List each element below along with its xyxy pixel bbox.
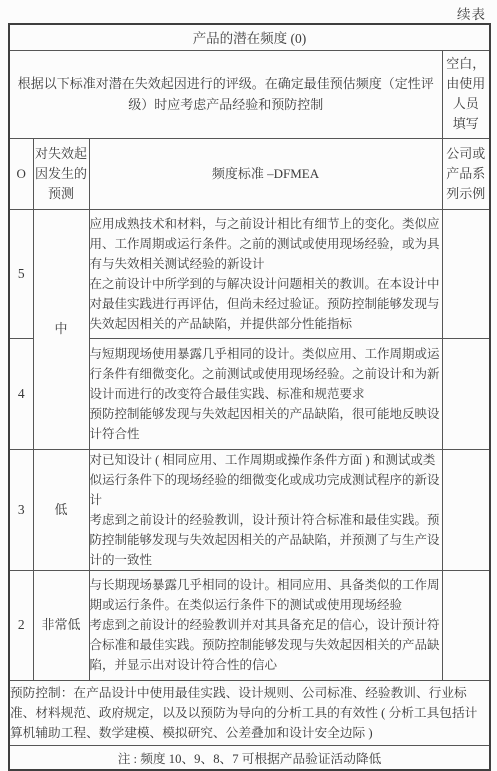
criteria-paragraph: 与长期现场暴露几乎相同的设计。相同应用、具备类似的工作周期或运行条件。在类似运行…: [90, 575, 442, 615]
column-header-criteria: 频度标准 –DFMEA: [89, 138, 442, 209]
table-title: 产品的潜在频度 (0): [9, 24, 490, 50]
criteria-cell: 与长期现场暴露几乎相同的设计。相同应用、具备类似的工作周期或运行条件。在类似运行…: [89, 570, 442, 680]
occurrence-value: 5: [9, 209, 33, 338]
occurrence-value: 2: [9, 570, 33, 680]
example-cell: [442, 570, 490, 680]
prediction-value: 低: [33, 449, 89, 570]
criteria-paragraph: 对已知设计 ( 相同应用、工作周期或操作条件方面 ) 和测试或类似运行条件下的现…: [90, 450, 442, 510]
table-title-row: 产品的潜在频度 (0): [9, 24, 490, 50]
note-row: 注 : 频度 10、9、8、7 可根据产品验证活动降低: [9, 745, 490, 770]
fill-note-line: 填写: [443, 114, 490, 134]
criteria-paragraph: 在之前设计中所学到的与解决设计问题相关的教训。在本设计中对最佳实践进行再评估，但…: [90, 274, 442, 334]
table-description-row: 根据以下标准对潜在失效起因进行的评级。在确定最佳预估频度（定性评级）时应考虑产品…: [9, 50, 490, 138]
rating-description: 根据以下标准对潜在失效起因进行的评级。在确定最佳预估频度（定性评级）时应考虑产品…: [9, 50, 442, 138]
table-row-occurrence-3: 3 低 对已知设计 ( 相同应用、工作周期或操作条件方面 ) 和测试或类似运行条…: [9, 449, 490, 570]
criteria-paragraph: 与短期现场使用暴露几乎相同的设计。类似应用、工作周期或运行条件有细微变化。之前测…: [90, 344, 442, 404]
occurrence-rating-table: 产品的潜在频度 (0) 根据以下标准对潜在失效起因进行的评级。在确定最佳预估频度…: [8, 23, 491, 771]
criteria-paragraph: 考虑到之前设计的经验教训并对其具备充足的信心，设计预计符合标准和最佳实践。预防控…: [90, 615, 442, 675]
criteria-cell: 对已知设计 ( 相同应用、工作周期或操作条件方面 ) 和测试或类似运行条件下的现…: [89, 449, 442, 570]
prediction-value: 非常低: [33, 570, 89, 680]
criteria-paragraph: 应用成熟技术和材料，与之前设计相比有细节上的变化。类似应用、工作周期或运行条件。…: [90, 214, 442, 274]
document-page: 续表 产品的潜在频度 (0) 根据以下标准对潜在失效起因进行的评级。在确定最佳预…: [0, 0, 497, 771]
prevention-controls-row: 预防控制：在产品设计中使用最佳实践、设计规则、公司标准、经验教训、行业标准、材料…: [9, 680, 490, 745]
criteria-cell: 应用成熟技术和材料，与之前设计相比有细节上的变化。类似应用、工作周期或运行条件。…: [89, 209, 442, 338]
prediction-value: 中: [33, 209, 89, 449]
example-cell: [442, 338, 490, 449]
criteria-paragraph: 预防控制能够发现与失效起因相关的产品缺陷，很可能地反映设计符合性: [90, 404, 442, 444]
criteria-cell: 与短期现场使用暴露几乎相同的设计。类似应用、工作周期或运行条件有细微变化。之前测…: [89, 338, 442, 449]
column-header-o: O: [9, 138, 33, 209]
example-cell: [442, 209, 490, 338]
fill-note-line: 人员: [443, 94, 490, 114]
prevention-controls-text: 预防控制：在产品设计中使用最佳实践、设计规则、公司标准、经验教训、行业标准、材料…: [9, 680, 490, 745]
column-header-prediction: 对失效起因发生的预测: [33, 138, 89, 209]
table-row-occurrence-2: 2 非常低 与长期现场暴露几乎相同的设计。相同应用、具备类似的工作周期或运行条件…: [9, 570, 490, 680]
occurrence-value: 4: [9, 338, 33, 449]
fill-note-line: 空白，: [443, 54, 490, 74]
column-header-example: 公司或产品系列示例: [442, 138, 490, 209]
occurrence-value: 3: [9, 449, 33, 570]
fill-by-user-cell: 空白， 由使用 人员 填写: [442, 50, 490, 138]
fill-note-line: 由使用: [443, 74, 490, 94]
table-row-occurrence-5: 5 中 应用成熟技术和材料，与之前设计相比有细节上的变化。类似应用、工作周期或运…: [9, 209, 490, 338]
column-header-row: O 对失效起因发生的预测 频度标准 –DFMEA 公司或产品系列示例: [9, 138, 490, 209]
table-note: 注 : 频度 10、9、8、7 可根据产品验证活动降低: [9, 745, 490, 770]
criteria-paragraph: 考虑到之前设计的经验教训，设计预计符合标准和最佳实践。预防控制能够发现与失效起因…: [90, 510, 442, 570]
continued-table-label: 续表: [457, 3, 486, 23]
example-cell: [442, 449, 490, 570]
